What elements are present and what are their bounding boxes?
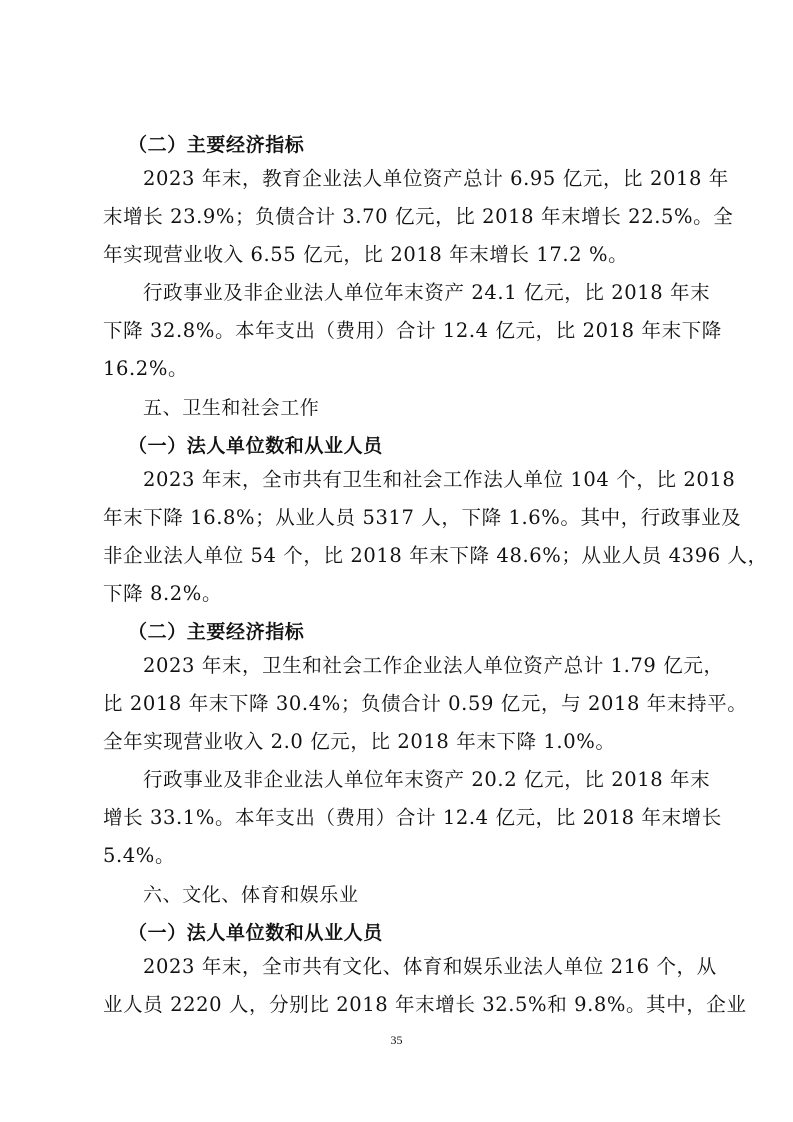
paragraph-line: 业人员 2220 人，分别比 2018 年末增长 32.5%和 9.8%。其中，… [103, 986, 693, 1024]
subheading-units-employees: （一）法人单位数和从业人员 [128, 427, 718, 465]
paragraph-line: 下降 32.8%。本年支出（费用）合计 12.4 亿元，比 2018 年末下降 [103, 312, 693, 350]
paragraph-line: 行政事业及非企业法人单位年末资产 24.1 亿元，比 2018 年末 [143, 274, 693, 312]
paragraph-line: 年实现营业收入 6.55 亿元，比 2018 年末增长 17.2 %。 [103, 236, 693, 274]
paragraph-line: 5.4%。 [103, 837, 693, 875]
paragraph-line: 非企业法人单位 54 个，比 2018 年末下降 48.6%；从业人员 4396… [103, 537, 693, 575]
section-heading-health: 五、卫生和社会工作 [143, 389, 733, 427]
paragraph-line: 16.2%。 [103, 350, 693, 388]
subheading-economic-indicators: （二）主要经济指标 [128, 126, 718, 164]
paragraph-line: 下降 8.2%。 [103, 575, 693, 613]
paragraph-line: 年末下降 16.8%；从业人员 5317 人，下降 1.6%。其中，行政事业及 [103, 499, 693, 537]
paragraph-line: 比 2018 年末下降 30.4%；负债合计 0.59 亿元，与 2018 年末… [103, 685, 693, 723]
paragraph-line: 2023 年末，全市共有文化、体育和娱乐业法人单位 216 个，从 [143, 948, 693, 986]
paragraph-line: 增长 33.1%。本年支出（费用）合计 12.4 亿元，比 2018 年末增长 [103, 799, 693, 837]
subheading-units-employees: （一）法人单位数和从业人员 [128, 914, 718, 952]
section-heading-culture: 六、文化、体育和娱乐业 [143, 876, 733, 914]
page-number: 35 [0, 1033, 793, 1048]
document-page: （二）主要经济指标 2023 年末，教育企业法人单位资产总计 6.95 亿元，比… [0, 0, 793, 1122]
paragraph-line: 末增长 23.9%；负债合计 3.70 亿元，比 2018 年末增长 22.5%… [103, 198, 693, 236]
paragraph-line: 2023 年末，全市共有卫生和社会工作法人单位 104 个，比 2018 [143, 461, 693, 499]
paragraph-line: 2023 年末，卫生和社会工作企业法人单位资产总计 1.79 亿元， [143, 647, 693, 685]
paragraph-line: 全年实现营业收入 2.0 亿元，比 2018 年末下降 1.0%。 [103, 723, 693, 761]
paragraph-line: 2023 年末，教育企业法人单位资产总计 6.95 亿元，比 2018 年 [143, 160, 693, 198]
paragraph-line: 行政事业及非企业法人单位年末资产 20.2 亿元，比 2018 年末 [143, 761, 693, 799]
subheading-economic-indicators: （二）主要经济指标 [128, 613, 718, 651]
